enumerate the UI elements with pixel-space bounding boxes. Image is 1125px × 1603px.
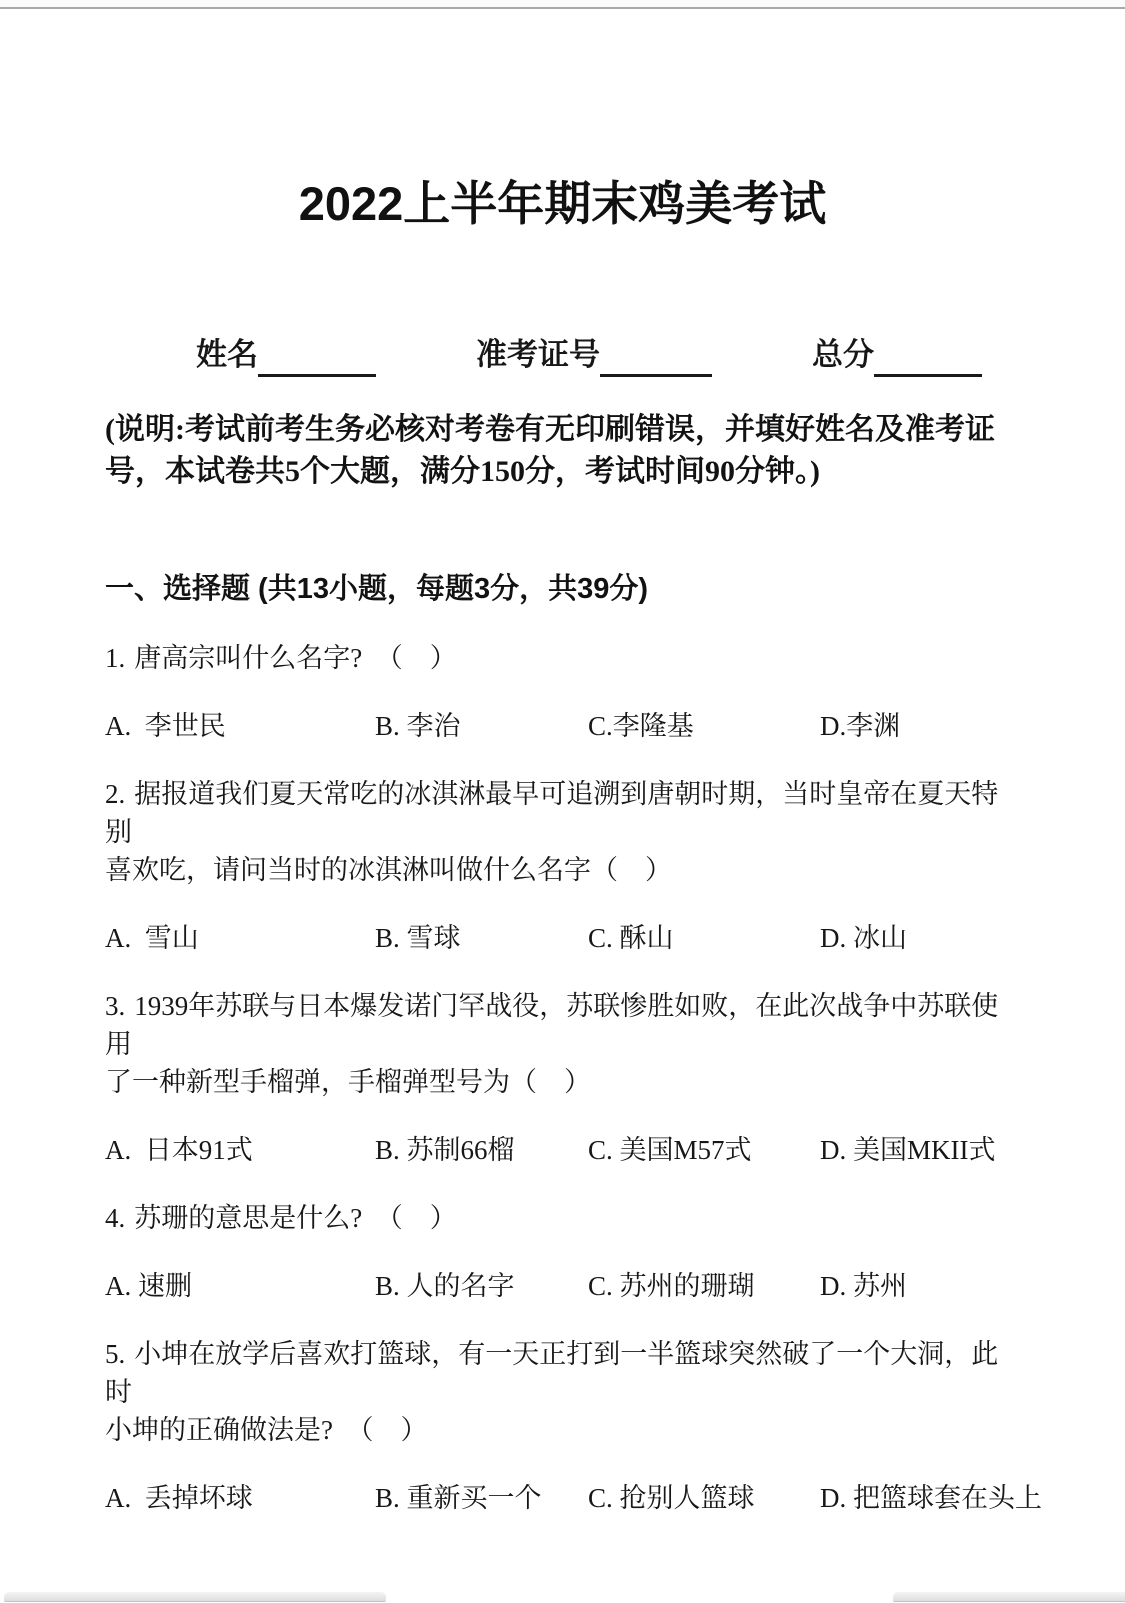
- question-4-options: A. 速删 B. 人的名字 C. 苏州的珊瑚 D. 苏州: [105, 1267, 1020, 1305]
- question-4-body: 苏珊的意思是什么? （ ）: [134, 1203, 456, 1233]
- question-2-text: 2.据报道我们夏天常吃的冰淇淋最早可追溯到唐朝时期，当时皇帝在夏天特别 喜欢吃，…: [105, 775, 1020, 889]
- question-3-body: 1939年苏联与日本爆发诺门罕战役，苏联惨胜如败，在此次战争中苏联使用 了一种新…: [105, 991, 998, 1097]
- question-3-options: A. 日本91式 B. 苏制66榴 C. 美国M57式 D. 美国MKII式: [105, 1131, 1020, 1169]
- question-3-option-d: D. 美国MKII式: [820, 1131, 1020, 1169]
- question-5-text: 5.小坤在放学后喜欢打篮球，有一天正打到一半篮球突然破了一个大洞，此时 小坤的正…: [105, 1335, 1020, 1449]
- question-1-options: A. 李世民 B. 李治 C.李隆基 D.李渊: [105, 707, 1020, 745]
- question-4-text: 4.苏珊的意思是什么? （ ）: [105, 1199, 1020, 1237]
- question-5-option-b: B. 重新买一个: [375, 1479, 588, 1517]
- question-5-number: 5.: [105, 1339, 125, 1369]
- total-score-blank-line: [874, 344, 982, 377]
- admission-number-field: 准考证号: [476, 335, 712, 375]
- bottom-left-shadow-bar: [4, 1592, 386, 1601]
- name-blank-line: [258, 344, 376, 377]
- question-4-option-a: A. 速删: [105, 1267, 375, 1305]
- bottom-right-shadow-bar: [893, 1592, 1125, 1601]
- question-5-option-d: D. 把篮球套在头上: [820, 1479, 1042, 1517]
- exam-title: 2022上半年期末鸡美考试: [105, 176, 1020, 232]
- question-2-option-a: A. 雪山: [105, 919, 375, 957]
- question-1-option-a: A. 李世民: [105, 707, 375, 745]
- question-5-option-a: A. 丢掉坏球: [105, 1479, 375, 1517]
- question-2: 2.据报道我们夏天常吃的冰淇淋最早可追溯到唐朝时期，当时皇帝在夏天特别 喜欢吃，…: [105, 775, 1020, 957]
- total-score-field: 总分: [812, 335, 982, 375]
- question-4: 4.苏珊的意思是什么? （ ） A. 速删 B. 人的名字 C. 苏州的珊瑚 D…: [105, 1199, 1020, 1305]
- exam-instructions: (说明:考试前考生务必核对考卷有无印刷错误，并填好姓名及准考证 号，本试卷共5个…: [105, 409, 1020, 493]
- question-2-option-d: D. 冰山: [820, 919, 1020, 957]
- question-3-option-b: B. 苏制66榴: [375, 1131, 588, 1169]
- question-2-options: A. 雪山 B. 雪球 C. 酥山 D. 冰山: [105, 919, 1020, 957]
- question-2-number: 2.: [105, 779, 125, 809]
- question-3: 3.1939年苏联与日本爆发诺门罕战役，苏联惨胜如败，在此次战争中苏联使用 了一…: [105, 987, 1020, 1169]
- question-4-option-b: B. 人的名字: [375, 1267, 588, 1305]
- question-2-option-c: C. 酥山: [588, 919, 820, 957]
- question-1-option-d: D.李渊: [820, 707, 1020, 745]
- exam-paper-page: 2022上半年期末鸡美考试 姓名 准考证号 总分 (说明:考试前考生务必核对考卷…: [0, 0, 1125, 1603]
- section-one-heading: 一、选择题 (共13小题，每题3分，共39分): [105, 569, 1020, 609]
- header-fields-row: 姓名 准考证号 总分: [105, 335, 1020, 375]
- question-1-option-c: C.李隆基: [588, 707, 820, 745]
- question-1-body: 唐高宗叫什么名字? （ ）: [134, 643, 456, 673]
- admission-number-blank-line: [600, 344, 712, 377]
- question-1-text: 1.唐高宗叫什么名字? （ ）: [105, 639, 1020, 677]
- question-4-option-c: C. 苏州的珊瑚: [588, 1267, 820, 1305]
- question-4-option-d: D. 苏州: [820, 1267, 1020, 1305]
- name-label: 姓名: [196, 335, 258, 375]
- admission-number-label: 准考证号: [476, 335, 600, 375]
- question-3-option-a: A. 日本91式: [105, 1131, 375, 1169]
- question-1: 1.唐高宗叫什么名字? （ ） A. 李世民 B. 李治 C.李隆基 D.李渊: [105, 639, 1020, 745]
- question-2-option-b: B. 雪球: [375, 919, 588, 957]
- question-3-number: 3.: [105, 991, 125, 1021]
- total-score-label: 总分: [812, 335, 874, 375]
- question-3-option-c: C. 美国M57式: [588, 1131, 820, 1169]
- question-5-option-c: C. 抢别人篮球: [588, 1479, 820, 1517]
- question-5: 5.小坤在放学后喜欢打篮球，有一天正打到一半篮球突然破了一个大洞，此时 小坤的正…: [105, 1335, 1020, 1517]
- question-4-number: 4.: [105, 1203, 125, 1233]
- question-1-option-b: B. 李治: [375, 707, 588, 745]
- question-3-text: 3.1939年苏联与日本爆发诺门罕战役，苏联惨胜如败，在此次战争中苏联使用 了一…: [105, 987, 1020, 1101]
- name-field: 姓名: [196, 335, 376, 375]
- question-5-body: 小坤在放学后喜欢打篮球，有一天正打到一半篮球突然破了一个大洞，此时 小坤的正确做…: [105, 1339, 998, 1445]
- question-5-options: A. 丢掉坏球 B. 重新买一个 C. 抢别人篮球 D. 把篮球套在头上: [105, 1479, 1020, 1517]
- page-top-edge-line: [0, 0, 1125, 9]
- question-1-number: 1.: [105, 643, 125, 673]
- question-2-body: 据报道我们夏天常吃的冰淇淋最早可追溯到唐朝时期，当时皇帝在夏天特别 喜欢吃，请问…: [105, 779, 998, 885]
